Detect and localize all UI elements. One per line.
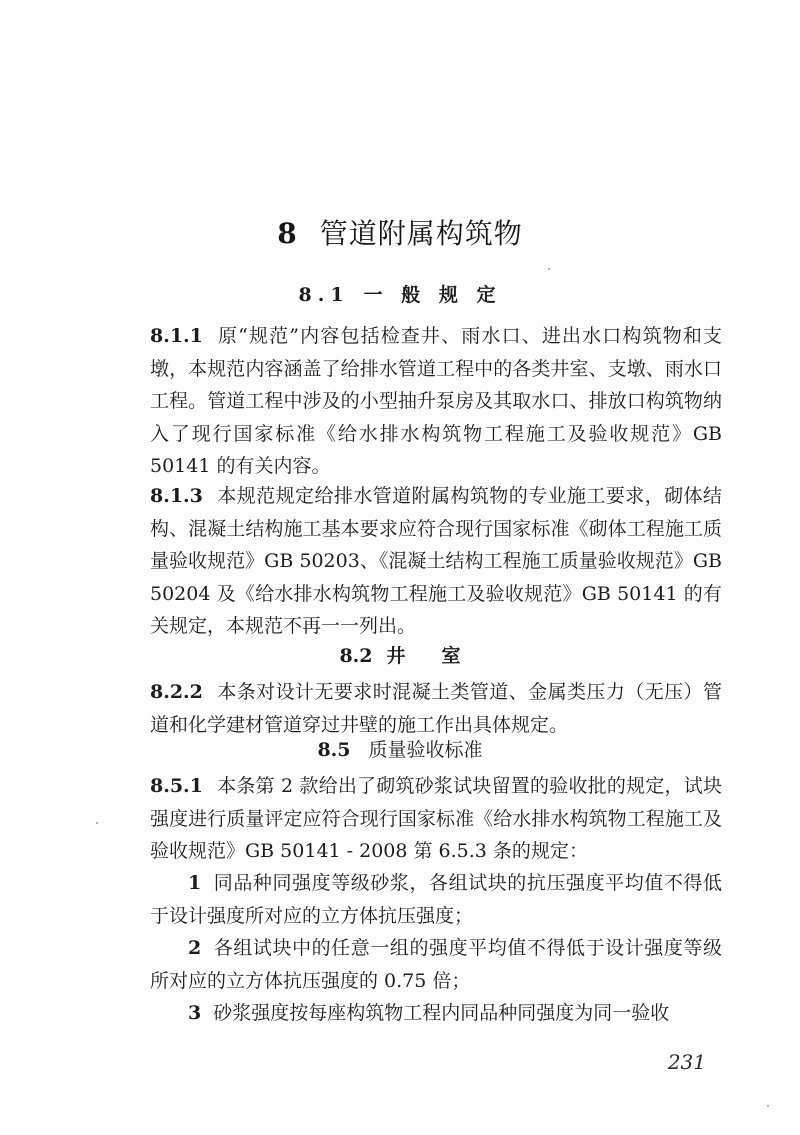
item-text: 各组试块中的任意一组的强度平均值不得低于设计强度等级所对应的立方体抗压强度的 0… bbox=[150, 937, 722, 992]
section-title-part1: 井 bbox=[387, 645, 406, 667]
section-heading-8-1: 8.1一 般 规 定 bbox=[0, 280, 800, 307]
clause-8-2-2: 8.2.2本条对设计无要求时混凝土类管道、金属类压力（无压）管道和化学建材管道穿… bbox=[150, 676, 722, 741]
item-number: 2 bbox=[188, 937, 201, 959]
clause-8-5-1: 8.5.1本条第 2 款给出了砌筑砂浆试块留置的验收批的规定，试块强度进行质量评… bbox=[150, 770, 722, 868]
section-number: 8.2 bbox=[339, 645, 372, 667]
scan-speck bbox=[96, 822, 98, 824]
scan-speck bbox=[767, 1105, 769, 1107]
section-title-part2: 室 bbox=[442, 645, 461, 667]
section-number: 8.1 bbox=[299, 284, 350, 306]
list-item: 1同品种同强度等级砂浆，各组试块的抗压强度平均值不得低于设计强度所对应的立方体抗… bbox=[150, 867, 722, 932]
section-number: 8.5 bbox=[317, 739, 350, 761]
item-text: 同品种同强度等级砂浆，各组试块的抗压强度平均值不得低于设计强度所对应的立方体抗压… bbox=[150, 872, 722, 927]
clause-8-1-1: 8.1.1原“规范”内容包括检查井、雨水口、进出水口构筑物和支墩，本规范内容涵盖… bbox=[150, 320, 722, 483]
item-number: 1 bbox=[188, 872, 201, 894]
clause-8-5-1-items: 1同品种同强度等级砂浆，各组试块的抗压强度平均值不得低于设计强度所对应的立方体抗… bbox=[150, 867, 722, 1030]
clause-text: 原“规范”内容包括检查井、雨水口、进出水口构筑物和支墩，本规范内容涵盖了给排水管… bbox=[150, 325, 722, 477]
clause-number: 8.2.2 bbox=[150, 681, 203, 703]
section-title: 一 般 规 定 bbox=[364, 284, 502, 306]
page-number: 231 bbox=[668, 1050, 706, 1074]
clause-8-1-3: 8.1.3本规范规定给排水管道附属构筑物的专业施工要求，砌体结构、混凝土结构施工… bbox=[150, 480, 722, 643]
list-item: 2各组试块中的任意一组的强度平均值不得低于设计强度等级所对应的立方体抗压强度的 … bbox=[150, 932, 722, 997]
section-title: 质量验收标准 bbox=[369, 739, 483, 761]
chapter-title-text: 管道附属构筑物 bbox=[320, 217, 523, 250]
clause-number: 8.5.1 bbox=[150, 775, 203, 797]
document-page: 8管道附属构筑物 8.1一 般 规 定 8.1.1原“规范”内容包括检查井、雨水… bbox=[0, 0, 800, 1135]
clause-number: 8.1.1 bbox=[150, 325, 203, 347]
scan-speck bbox=[548, 268, 550, 270]
section-heading-8-2: 8.2井室 bbox=[0, 641, 800, 668]
clause-text: 本条第 2 款给出了砌筑砂浆试块留置的验收批的规定，试块强度进行质量评定应符合现… bbox=[150, 775, 722, 862]
list-item: 3砂浆强度按每座构筑物工程内同品种同强度为同一验收 bbox=[150, 997, 722, 1030]
clause-text: 本条对设计无要求时混凝土类管道、金属类压力（无压）管道和化学建材管道穿过井壁的施… bbox=[150, 681, 722, 736]
chapter-number: 8 bbox=[277, 217, 297, 250]
clause-text: 本规范规定给排水管道附属构筑物的专业施工要求，砌体结构、混凝土结构施工基本要求应… bbox=[150, 485, 722, 637]
item-text: 砂浆强度按每座构筑物工程内同品种同强度为同一验收 bbox=[213, 1002, 669, 1024]
clause-number: 8.1.3 bbox=[150, 485, 203, 507]
item-number: 3 bbox=[188, 1002, 201, 1024]
section-heading-8-5: 8.5质量验收标准 bbox=[0, 735, 800, 762]
chapter-title: 8管道附属构筑物 bbox=[0, 212, 800, 252]
